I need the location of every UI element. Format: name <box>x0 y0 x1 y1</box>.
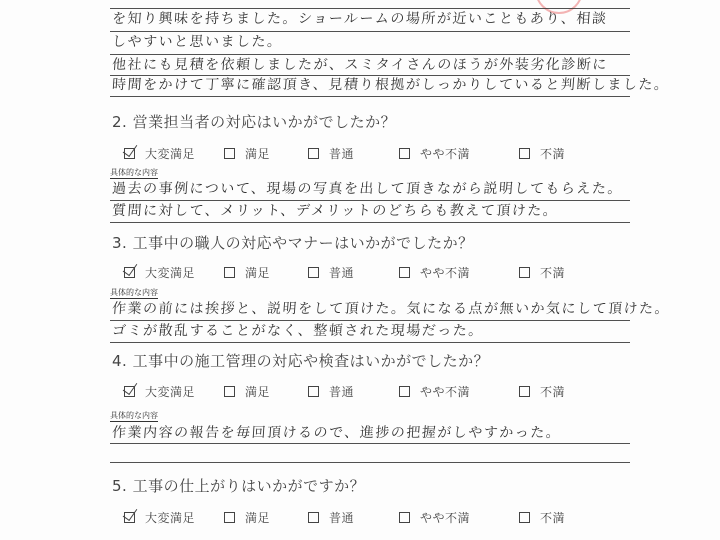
option-neutral[interactable]: 普通 <box>308 264 354 281</box>
detail-label: 具体的な内容 <box>110 288 158 299</box>
checkbox-checked-icon[interactable] <box>124 512 135 523</box>
q1-answer-line-1: を知り興味を持ちました。ショールームの場所が近いこともあり、相談 <box>111 10 608 28</box>
checkbox-icon[interactable] <box>224 386 235 397</box>
option-neutral[interactable]: 普通 <box>308 145 354 162</box>
question-4-title: 4. 工事中の施工管理の対応や検査はいかがでしたか？ <box>112 350 489 371</box>
checkbox-icon[interactable] <box>519 512 530 523</box>
option-somewhat-dissatisfied[interactable]: やや不満 <box>399 509 470 526</box>
option-somewhat-dissatisfied[interactable]: やや不満 <box>399 264 470 281</box>
q1-answer-line-4: 時間をかけて丁寧に確認頂き、見積り根拠がしっかりしていると判断しました。 <box>111 76 670 94</box>
option-dissatisfied[interactable]: 不満 <box>519 264 565 281</box>
question-text: 工事中の職人の対応やマナーはいかがでしたか？ <box>133 234 474 252</box>
option-neutral[interactable]: 普通 <box>308 509 354 526</box>
question-5-options: 大変満足 満足 普通 やや不満 不満 <box>124 509 604 529</box>
option-very-satisfied[interactable]: 大変満足 <box>124 145 195 162</box>
ruled-line <box>110 31 630 32</box>
question-text: 工事中の施工管理の対応や検査はいかがでしたか？ <box>133 352 490 370</box>
checkbox-icon[interactable] <box>519 386 530 397</box>
checkbox-icon[interactable] <box>308 386 319 397</box>
option-somewhat-dissatisfied[interactable]: やや不満 <box>399 145 470 162</box>
q4-answer-line-1: 作業内容の報告を毎回頂けるので、進捗の把握がしやすかった。 <box>111 424 561 442</box>
checkbox-checked-icon[interactable] <box>124 267 135 278</box>
detail-label: 具体的な内容 <box>110 411 158 422</box>
question-text: 工事の仕上がりはいかがですか？ <box>133 477 366 495</box>
option-satisfied[interactable]: 満足 <box>224 145 270 162</box>
q1-answer-line-2: しやすいと思いました。 <box>111 33 283 51</box>
ruled-line <box>110 54 630 55</box>
checkbox-icon[interactable] <box>224 512 235 523</box>
option-neutral[interactable]: 普通 <box>308 383 354 400</box>
option-satisfied[interactable]: 満足 <box>224 264 270 281</box>
question-text: 営業担当者の対応はいかがでしたか？ <box>133 113 397 131</box>
checkbox-checked-icon[interactable] <box>124 386 135 397</box>
ruled-line <box>110 200 630 201</box>
ruled-line <box>110 8 630 9</box>
checkbox-icon[interactable] <box>519 148 530 159</box>
checkbox-icon[interactable] <box>224 267 235 278</box>
q3-answer-line-1: 作業の前には挨拶と、説明をして頂けた。気になる点が無いか気にして頂けた。 <box>111 300 670 318</box>
q1-answer-line-3: 他社にも見積を依頼しましたが、スミタイさんのほうが外装劣化診断に <box>111 56 608 74</box>
option-somewhat-dissatisfied[interactable]: やや不満 <box>399 383 470 400</box>
question-number: 3. <box>112 234 127 252</box>
question-3-options: 大変満足 満足 普通 やや不満 不満 <box>124 264 604 284</box>
detail-label: 具体的な内容 <box>110 168 158 179</box>
ruled-line <box>110 462 630 463</box>
checkbox-icon[interactable] <box>308 148 319 159</box>
survey-form-page: を知り興味を持ちました。ショールームの場所が近いこともあり、相談 しやすいと思い… <box>0 0 720 540</box>
option-very-satisfied[interactable]: 大変満足 <box>124 509 195 526</box>
checkbox-icon[interactable] <box>399 386 410 397</box>
checkbox-icon[interactable] <box>224 148 235 159</box>
checkbox-icon[interactable] <box>399 267 410 278</box>
option-satisfied[interactable]: 満足 <box>224 383 270 400</box>
option-very-satisfied[interactable]: 大変満足 <box>124 264 195 281</box>
question-5-title: 5. 工事の仕上がりはいかがですか？ <box>112 475 365 496</box>
question-number: 5. <box>112 477 127 495</box>
q2-answer-line-2: 質問に対して、メリット、デメリットのどちらも教えて頂けた。 <box>111 202 559 220</box>
option-dissatisfied[interactable]: 不満 <box>519 145 565 162</box>
ruled-line <box>110 96 630 97</box>
question-4-options: 大変満足 満足 普通 やや不満 不満 <box>124 383 604 403</box>
question-number: 2. <box>112 113 127 131</box>
checkbox-icon[interactable] <box>519 267 530 278</box>
q3-answer-line-2: ゴミが散乱することがなく、整頓された現場だった。 <box>111 322 484 340</box>
question-3-title: 3. 工事中の職人の対応やマナーはいかがでしたか？ <box>112 232 474 253</box>
checkbox-checked-icon[interactable] <box>124 148 135 159</box>
question-number: 4. <box>112 352 127 370</box>
q2-answer-line-1: 過去の事例について、現場の写真を出して頂きながら説明してもらえた。 <box>111 180 623 198</box>
option-very-satisfied[interactable]: 大変満足 <box>124 383 195 400</box>
option-dissatisfied[interactable]: 不満 <box>519 509 565 526</box>
checkbox-icon[interactable] <box>399 512 410 523</box>
option-satisfied[interactable]: 満足 <box>224 509 270 526</box>
question-2-title: 2. 営業担当者の対応はいかがでしたか？ <box>112 111 396 132</box>
option-dissatisfied[interactable]: 不満 <box>519 383 565 400</box>
checkbox-icon[interactable] <box>308 267 319 278</box>
checkbox-icon[interactable] <box>399 148 410 159</box>
ruled-line <box>110 443 630 444</box>
checkbox-icon[interactable] <box>308 512 319 523</box>
question-2-options: 大変満足 満足 普通 やや不満 不満 <box>124 145 604 165</box>
ruled-line <box>110 342 630 343</box>
ruled-line <box>110 222 630 223</box>
ruled-line <box>110 320 630 321</box>
